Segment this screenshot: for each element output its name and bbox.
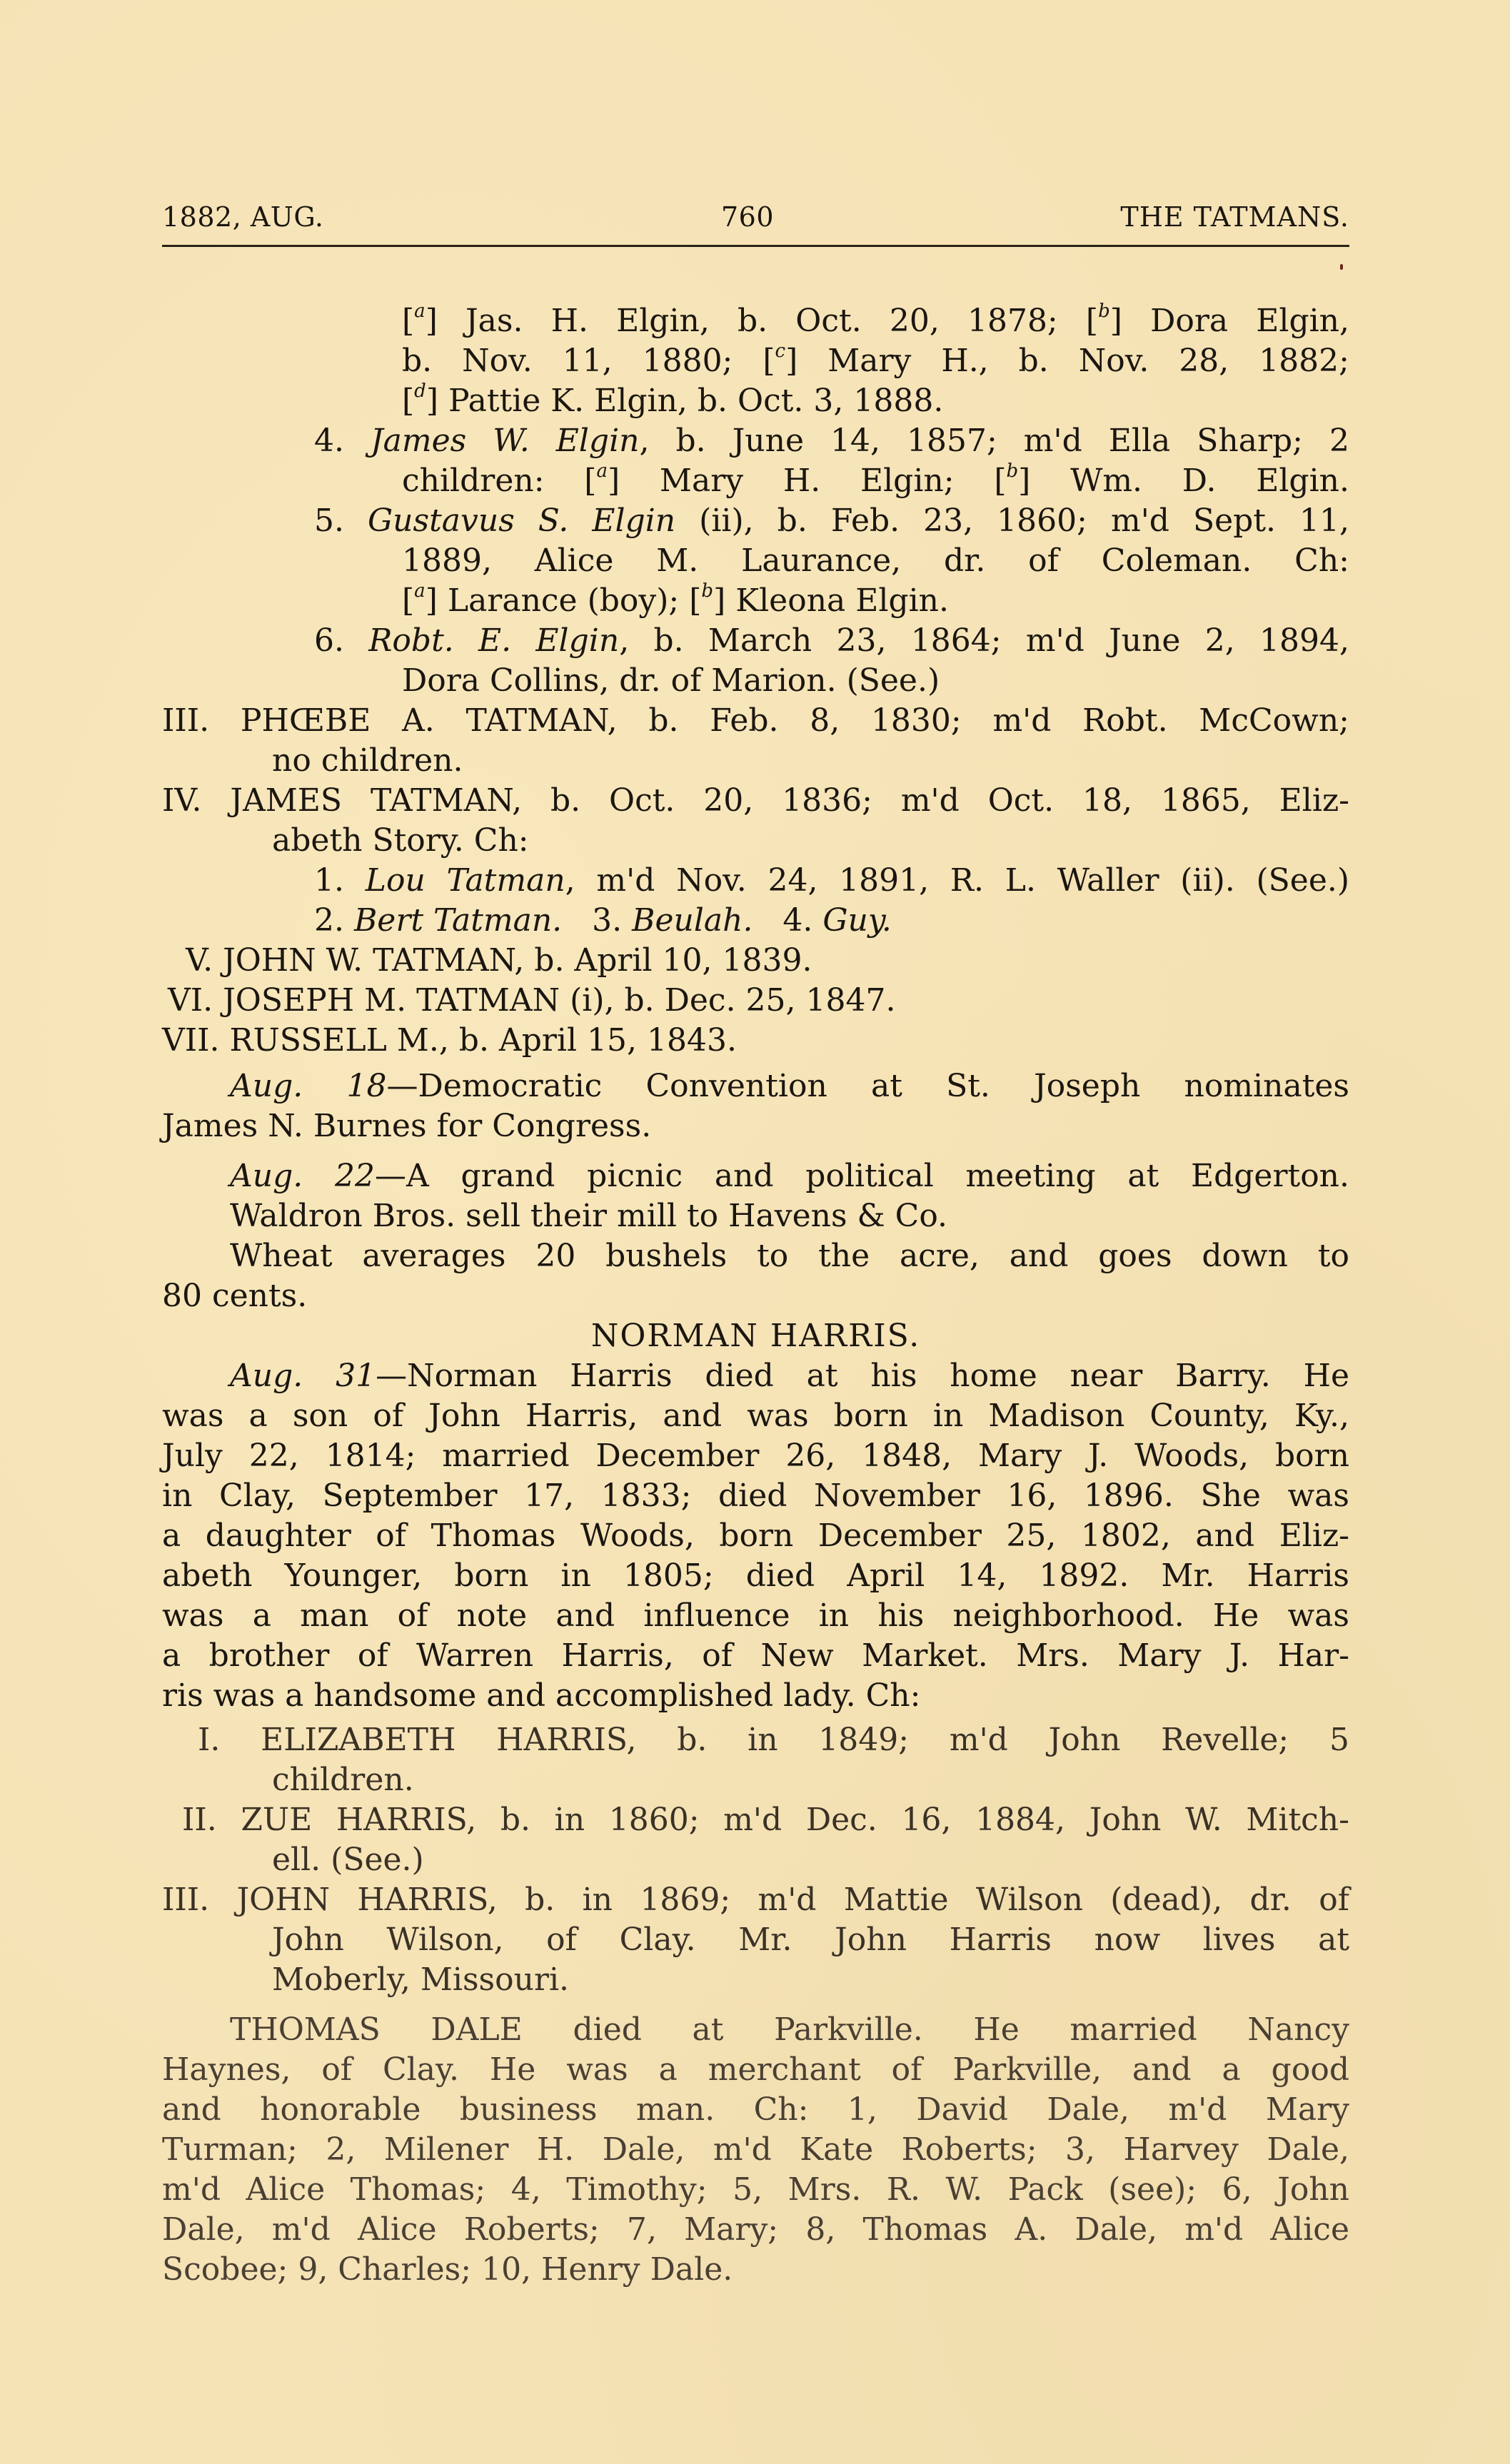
text-line: III. JOHN HARRIS, b. in 1869; m'd Mattie… [162, 1880, 1349, 1920]
page-number: 760 [721, 201, 774, 233]
person-name: Robt. E. Elgin [368, 622, 619, 659]
text-line: III. PHŒBE A. TATMAN, b. Feb. 8, 1830; m… [162, 701, 1349, 741]
entry-gustavus-s-elgin: 5. Gustavus S. Elgin (ii), b. Feb. 23, 1… [162, 501, 1349, 621]
text-line: 5. Gustavus S. Elgin (ii), b. Feb. 23, 1… [314, 501, 1349, 541]
norman-harris-children: I. ELIZABETH HARRIS, b. in 1849; m'd Joh… [162, 1720, 1349, 2000]
text-line: ris was a handsome and accomplished lady… [162, 1676, 1349, 1716]
text-line: Dale, m'd Alice Roberts; 7, Mary; 8, Tho… [162, 2210, 1349, 2250]
entry-joseph-m-tatman: VI. JOSEPH M. TATMAN (i), b. Dec. 25, 18… [162, 981, 1349, 1021]
text-line: m'd Alice Thomas; 4, Timothy; 5, Mrs. R.… [162, 2170, 1349, 2210]
header-rule [162, 245, 1349, 247]
text-line: [a] Jas. H. Elgin, b. Oct. 20, 1878; [b]… [402, 301, 1349, 341]
text-line: a daughter of Thomas Woods, born Decembe… [162, 1516, 1349, 1556]
entry-phoebe-tatman: III. PHŒBE A. TATMAN, b. Feb. 8, 1830; m… [162, 701, 1349, 781]
running-head-title: THE TATMANS. [1120, 201, 1349, 233]
text-line: a brother of Warren Harris, of New Marke… [162, 1636, 1349, 1676]
entry-james-w-elgin: 4. James W. Elgin, b. June 14, 1857; m'd… [162, 421, 1349, 501]
elgin-children-continuation: [a] Jas. H. Elgin, b. Oct. 20, 1878; [b]… [162, 301, 1349, 421]
running-head-date: 1882, AUG. [162, 201, 323, 233]
text-line: [d] Pattie K. Elgin, b. Oct. 3, 1888. [402, 381, 1349, 421]
text-line: 1889, Alice M. Laurance, dr. of Coleman.… [402, 541, 1349, 581]
text-line: 6. Robt. E. Elgin, b. March 23, 1864; m'… [314, 621, 1349, 661]
person-name: Gustavus S. Elgin [368, 503, 675, 539]
text-line: Wheat averages 20 bushels to the acre, a… [230, 1236, 1349, 1276]
aug-22-paragraph: Aug. 22—A grand picnic and political mee… [162, 1156, 1349, 1316]
text-line: 4. James W. Elgin, b. June 14, 1857; m'd… [314, 421, 1349, 461]
running-head: 1882, AUG. 760 THE TATMANS. [162, 201, 1349, 237]
text-line: abeth Younger, born in 1805; died April … [162, 1556, 1349, 1596]
text-line: Dora Collins, dr. of Marion. (See.) [402, 661, 1349, 701]
text-line: [a] Larance (boy); [b] Kleona Elgin. [402, 581, 1349, 621]
entry-robt-e-elgin: 6. Robt. E. Elgin, b. March 23, 1864; m'… [162, 621, 1349, 701]
text-line: in Clay, September 17, 1833; died Novemb… [162, 1476, 1349, 1516]
text-line: ell. (See.) [272, 1840, 1349, 1880]
text-line: July 22, 1814; married December 26, 1848… [162, 1436, 1349, 1476]
text-line: Aug. 22—A grand picnic and political mee… [230, 1156, 1349, 1196]
james-tatman-children: 1. Lou Tatman, m'd Nov. 24, 1891, R. L. … [162, 861, 1349, 941]
text-line: children. [272, 1760, 1349, 1800]
text-line: Turman; 2, Milener H. Dale, m'd Kate Rob… [162, 2130, 1349, 2170]
ink-speck [1340, 264, 1343, 270]
text-line: no children. [272, 741, 1349, 781]
text-line: John Wilson, of Clay. Mr. John Harris no… [272, 1920, 1349, 1960]
text-line: THOMAS DALE died at Parkville. He marrie… [230, 2010, 1349, 2050]
person-name: James W. Elgin [371, 423, 640, 459]
text-line: Haynes, of Clay. He was a merchant of Pa… [162, 2050, 1349, 2090]
text-line: I. ELIZABETH HARRIS, b. in 1849; m'd Joh… [198, 1720, 1349, 1760]
text-line: Scobee; 9, Charles; 10, Henry Dale. [162, 2250, 1349, 2290]
text-line: Aug. 31—Norman Harris died at his home n… [230, 1356, 1349, 1396]
date-label: Aug. 18 [230, 1068, 386, 1104]
aug-18-paragraph: Aug. 18—Democratic Convention at St. Jos… [162, 1066, 1349, 1146]
text-line: 1. Lou Tatman, m'd Nov. 24, 1891, R. L. … [314, 861, 1349, 901]
text-line: and honorable business man. Ch: 1, David… [162, 2090, 1349, 2130]
text-line: Aug. 18—Democratic Convention at St. Jos… [230, 1066, 1349, 1106]
page-body: [a] Jas. H. Elgin, b. Oct. 20, 1878; [b]… [162, 301, 1349, 2290]
entry-russell-m: VII. RUSSELL M., b. April 15, 1843. [162, 1021, 1349, 1061]
section-heading-norman-harris: NORMAN HARRIS. [162, 1316, 1349, 1356]
text-line: IV. JAMES TATMAN, b. Oct. 20, 1836; m'd … [162, 781, 1349, 821]
date-label: Aug. 22 [230, 1158, 375, 1194]
text-line: children: [a] Mary H. Elgin; [b] Wm. D. … [402, 461, 1349, 501]
text-line: was a man of note and influence in his n… [162, 1596, 1349, 1636]
text-line: Moberly, Missouri. [272, 1960, 1349, 2000]
text-line: 2. Bert Tatman. 3. Beulah. 4. Guy. [314, 901, 1349, 941]
text-line: Waldron Bros. sell their mill to Havens … [230, 1196, 1349, 1236]
norman-harris-paragraph: Aug. 31—Norman Harris died at his home n… [162, 1356, 1349, 1716]
entry-james-tatman: IV. JAMES TATMAN, b. Oct. 20, 1836; m'd … [162, 781, 1349, 861]
text-line: abeth Story. Ch: [272, 821, 1349, 861]
date-label: Aug. 31 [230, 1358, 376, 1394]
text-line: II. ZUE HARRIS, b. in 1860; m'd Dec. 16,… [182, 1800, 1349, 1840]
entry-john-w-tatman: V. JOHN W. TATMAN, b. April 10, 1839. [162, 941, 1349, 981]
text-line: 80 cents. [162, 1276, 1349, 1316]
text-line: b. Nov. 11, 1880; [c] Mary H., b. Nov. 2… [402, 341, 1349, 381]
text-line: was a son of John Harris, and was born i… [162, 1396, 1349, 1436]
thomas-dale-paragraph: THOMAS DALE died at Parkville. He marrie… [162, 2010, 1349, 2290]
text-line: James N. Burnes for Congress. [162, 1106, 1349, 1146]
